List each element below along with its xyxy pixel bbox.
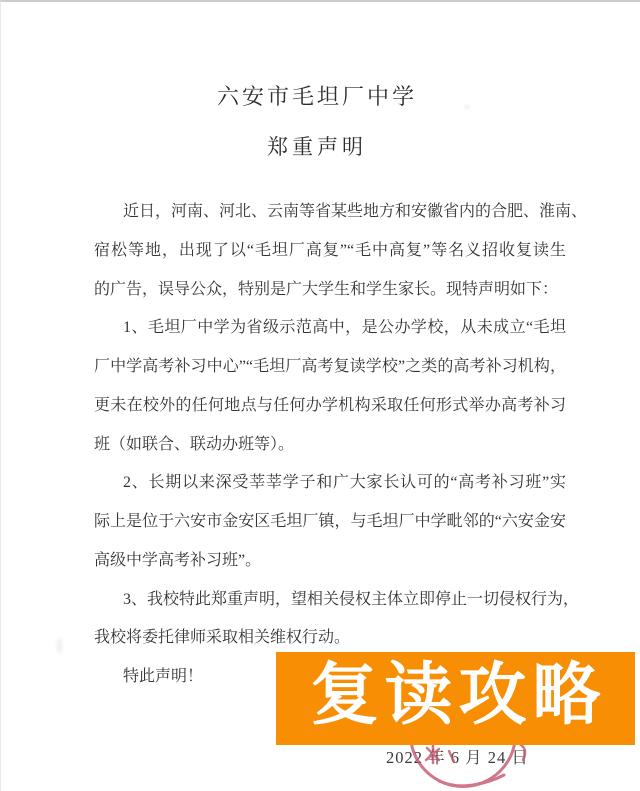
paragraph: 2、长期以来深受莘莘学子和广大家长认可的“高考补习班”实际上是位于六安市金安区毛… bbox=[94, 464, 566, 580]
statement-body: 近日，河南、河北、云南等省某些地方和安徽省内的合肥、淮南、宿松等地，出现了以“毛… bbox=[94, 193, 566, 697]
paragraph: 近日，河南、河北、云南等省某些地方和安徽省内的合肥、淮南、宿松等地，出现了以“毛… bbox=[94, 193, 566, 309]
text-line: 3、我校特此郑重声明，望相关侵权主体立即停止一切侵权行为， bbox=[123, 581, 566, 620]
text-line: 宿松等地，出现了以“毛坦厂高复”“毛中高复”等名义招收复读生 bbox=[94, 232, 566, 271]
statement-title: 郑重声明 bbox=[1, 131, 633, 161]
school-title: 六安市毛坦厂中学 bbox=[1, 80, 633, 111]
text-line: 厂中学高考补习中心”“毛坦厂高考复读学校”之类的高考补习机构， bbox=[94, 348, 566, 387]
scan-speck bbox=[464, 105, 470, 109]
text-line: 2、长期以来深受莘莘学子和广大家长认可的“高考补习班”实 bbox=[123, 464, 566, 503]
document-page: 六安市毛坦厂中学 郑重声明 近日，河南、河北、云南等省某些地方和安徽省内的合肥、… bbox=[0, 0, 640, 791]
seal-ink-marks bbox=[426, 745, 525, 786]
replay-strategy-banner: 复读攻略 bbox=[276, 652, 635, 745]
paragraph: 1、毛坦厂中学为省级示范高中，是公办学校，从未成立“毛坦厂中学高考补习中心”“毛… bbox=[94, 309, 566, 464]
text-line: 1、毛坦厂中学为省级示范高中，是公办学校，从未成立“毛坦 bbox=[123, 309, 566, 348]
paragraph: 3、我校特此郑重声明，望相关侵权主体立即停止一切侵权行为，我校将委托律师采取相关… bbox=[94, 581, 566, 659]
text-line: 的广告，误导公众，特别是广大学生和学生家长。现特声明如下： bbox=[94, 271, 566, 310]
text-line: 高级中学高考补习班”。 bbox=[94, 542, 566, 581]
banner-label: 复读攻略 bbox=[310, 662, 606, 730]
text-line: 近日，河南、河北、云南等省某些地方和安徽省内的合肥、淮南、 bbox=[123, 193, 566, 232]
text-line: 班（如联合、联动办班等）。 bbox=[94, 426, 566, 465]
text-line: 际上是位于六安市金安区毛坦厂镇，与毛坦厂中学毗邻的“六安金安 bbox=[94, 503, 566, 542]
text-line: 更未在校外的任何地点与任何办学机构采取任何形式举办高考补习 bbox=[94, 387, 566, 426]
scan-smudge bbox=[57, 638, 62, 653]
